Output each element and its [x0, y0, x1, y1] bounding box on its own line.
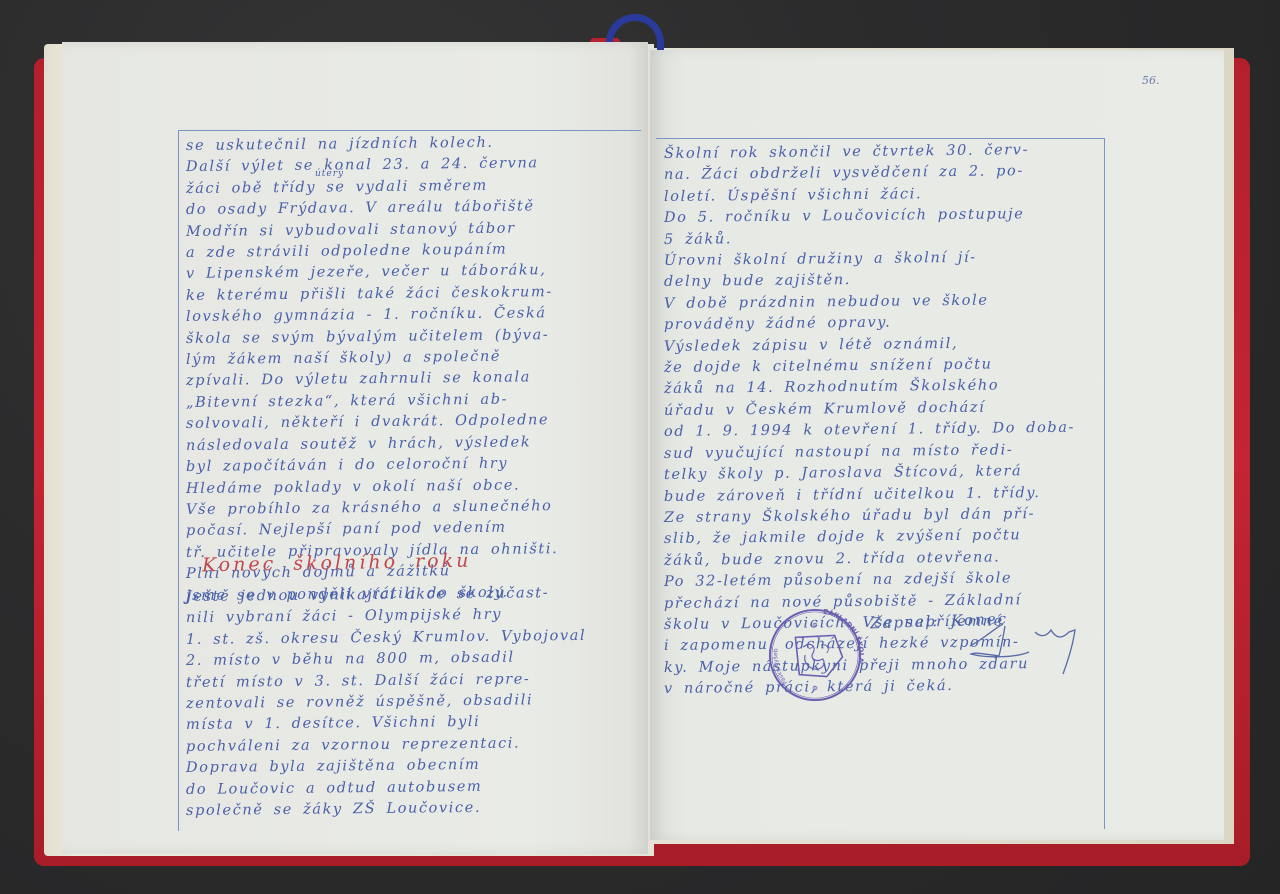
- svg-text:Pasky Vyšeb: Pasky Vyšeb: [772, 648, 789, 685]
- school-stamp-icon: Φ Φ ZÁKLADNÍ ŠKOLA Pasky Vyšeb: [766, 606, 864, 704]
- superscript-annotation: úterý: [315, 169, 344, 179]
- section-heading-red: Konec školního roku: [202, 550, 472, 577]
- left-page-handwriting: se uskutečnil na jízdních kolech. Další …: [186, 136, 636, 607]
- page-number: 56.: [1142, 74, 1160, 87]
- text-line: v náročné práci, která ji čeká.: [664, 675, 1104, 701]
- svg-text:Φ: Φ: [812, 684, 818, 692]
- signature-scrawl-icon: [965, 618, 1085, 678]
- svg-text:Φ: Φ: [812, 622, 818, 630]
- text-line: společně se žáky ZŠ Loučovice.: [186, 796, 636, 822]
- left-page-handwriting-continued: Ještě jednou vynikající akce se zúčast- …: [186, 587, 636, 822]
